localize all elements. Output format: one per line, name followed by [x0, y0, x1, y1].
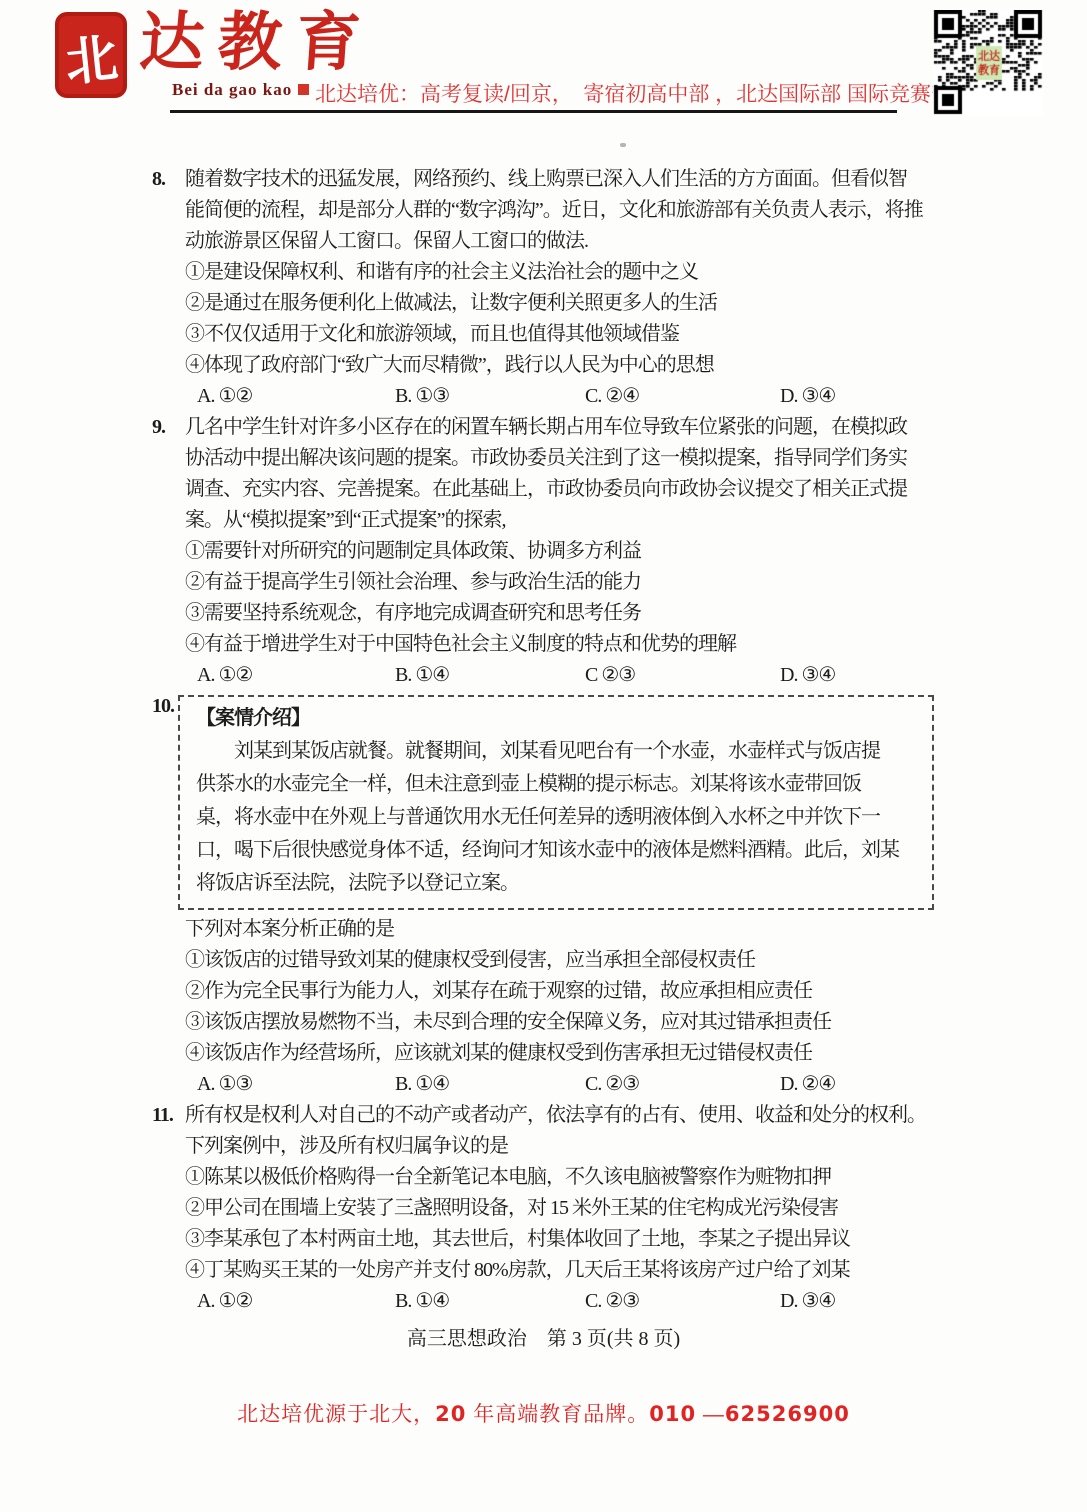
case-intro-line: 刘某到某饭店就餐。就餐期间，刘某看见吧台有一个水壶，水壶样式与饭店提: [196, 735, 916, 768]
choice-A: A. ①③: [197, 1069, 395, 1100]
stem-line: 所有权是权利人对自己的不动产或者动产，依法享有的占有、使用、收益和处分的权利。: [185, 1100, 952, 1131]
logo-seal-icon: 北: [55, 12, 127, 98]
item-line: ①是建设保障权利、和谐有序的社会主义法治社会的题中之义: [185, 257, 952, 288]
item-line: ②有益于提高学生引领社会治理、参与政治生活的能力: [185, 567, 952, 598]
question-10: 10.【案情介绍】 刘某到某饭店就餐。就餐期间，刘某看见吧台有一个水壶，水壶样式…: [152, 691, 952, 1100]
promo-segment: —: [696, 1403, 725, 1426]
question-body: 所有权是权利人对自己的不动产或者动产，依法享有的占有、使用、收益和处分的权利。下…: [185, 1100, 952, 1317]
choice-A: A. ①②: [197, 381, 395, 412]
item-line: ③李某承包了本村两亩土地，其去世后，村集体收回了土地，李某之子提出异议: [185, 1224, 952, 1255]
choice-D: D. ③④: [780, 381, 952, 412]
question-11: 11.所有权是权利人对自己的不动产或者动产，依法享有的占有、使用、收益和处分的权…: [152, 1100, 952, 1317]
question-8: 8.随着数字技术的迅猛发展，网络预约、线上购票已深入人们生活的方方面面。但看似智…: [152, 164, 952, 412]
choice-D: D. ②④: [780, 1069, 952, 1100]
item-line: ④体现了政府部门“致广大而尽精微”，践行以人民为中心的思想: [185, 350, 952, 381]
choice-B: B. ①③: [395, 381, 585, 412]
promo-footer: 北达培优源于北大，20 年高端教育品牌。010 —62526900: [0, 1398, 1087, 1428]
stem-line: 动旅游景区保留人工窗口。保留人工窗口的做法.: [185, 226, 952, 257]
choice-B: B. ①④: [395, 1286, 585, 1317]
item-line: ④该饭店作为经营场所，应该就刘某的健康权受到伤害承担无过错侵权责任: [185, 1038, 952, 1069]
item-line: ③该饭店摆放易燃物不当，未尽到合理的安全保障义务，应对其过错承担责任: [185, 1007, 952, 1038]
logo-seal-character: 北: [61, 15, 121, 95]
case-intro-line: 供茶水的水壶完全一样，但未注意到壶上模糊的提示标志。刘某将该水壶带回饭: [196, 768, 916, 801]
item-line: ③不仅仅适用于文化和旅游领域，而且也值得其他领域借鉴: [185, 319, 952, 350]
choice-A: A. ①②: [197, 1286, 395, 1317]
case-intro-line: 将饭店诉至法院，法院予以登记立案。: [196, 867, 916, 900]
choice-D: D. ③④: [780, 660, 952, 691]
choice-C: C. ②③: [585, 1286, 780, 1317]
page-footer: 高三思想政治 第 3 页(共 8 页): [0, 1322, 1087, 1351]
choices-row: A. ①③B. ①④C. ②③D. ②④: [185, 1069, 952, 1100]
promo-segment: 62526900: [725, 1402, 850, 1426]
stem-line: 随着数字技术的迅猛发展，网络预约、线上购票已深入人们生活的方方面面。但看似智: [185, 164, 952, 195]
scan-artifact-dot: [620, 143, 626, 147]
question-number: 9.: [152, 412, 185, 443]
promo-segment: 20: [435, 1402, 466, 1426]
choices-row: A. ①②B. ①④C ②③D. ③④: [185, 660, 952, 691]
brand-subtitle: Bei da gao kao: [172, 80, 309, 100]
stem-line: 几名中学生针对许多小区存在的闲置车辆长期占用车位导致车位紧张的问题，在模拟政: [185, 412, 952, 443]
header-tagline: 北达培优：高考复读/回京， 寄宿初高中部 ，北达国际部 国际竞赛部: [315, 78, 900, 108]
choices-row: A. ①②B. ①③C. ②④D. ③④: [185, 381, 952, 412]
stem-line: 案。从“模拟提案”到“正式提案”的探索,: [185, 505, 952, 536]
stem-line: 能简便的流程，却是部分人群的“数字鸿沟”。近日，文化和旅游部有关负责人表示，将推: [185, 195, 952, 226]
questions-area: 8.随着数字技术的迅猛发展，网络预约、线上购票已深入人们生活的方方面面。但看似智…: [152, 164, 952, 1317]
item-line: ④有益于增进学生对于中国特色社会主义制度的特点和优势的理解: [185, 629, 952, 660]
item-line: ②甲公司在围墙上安装了三盏照明设备，对 15 米外王某的住宅构成光污染侵害: [185, 1193, 952, 1224]
qr-code: [933, 10, 1043, 116]
item-line: ①该饭店的过错导致刘某的健康权受到侵害，应当承担全部侵权责任: [185, 945, 952, 976]
choice-D: D. ③④: [780, 1286, 952, 1317]
question-9: 9.几名中学生针对许多小区存在的闲置车辆长期占用车位导致车位紧张的问题，在模拟政…: [152, 412, 952, 691]
brand-square-icon: [298, 84, 309, 95]
question-number: 11.: [152, 1100, 185, 1131]
choice-B: B. ①④: [395, 1069, 585, 1100]
promo-segment: 010: [649, 1402, 696, 1426]
question-number: 8.: [152, 164, 185, 195]
choice-C: C. ②④: [585, 381, 780, 412]
question-body: 几名中学生针对许多小区存在的闲置车辆长期占用车位导致车位紧张的问题，在模拟政协活…: [185, 412, 952, 691]
case-intro-box: 【案情介绍】 刘某到某饭店就餐。就餐期间，刘某看见吧台有一个水壶，水壶样式与饭店…: [178, 695, 934, 910]
item-line: ①需要针对所研究的问题制定具体政策、协调多方利益: [185, 536, 952, 567]
choice-C: C. ②③: [585, 1069, 780, 1100]
stem-line: 协活动中提出解决该问题的提案。市政协委员关注到了这一模拟提案，指导同学们务实: [185, 443, 952, 474]
choice-A: A. ①②: [197, 660, 395, 691]
promo-segment: 年高端教育品牌。: [466, 1403, 649, 1426]
brand-title: 达教育: [138, 8, 377, 78]
stem-line: 调查、充实内容、完善提案。在此基础上，市政协委员向市政协会议提交了相关正式提: [185, 474, 952, 505]
item-line: ③需要坚持系统观念，有序地完成调查研究和思考任务: [185, 598, 952, 629]
case-intro-line: 桌，将水壶中在外观上与普通饮用水无任何差异的透明液体倒入水杯之中并饮下一: [196, 801, 916, 834]
question-body: 【案情介绍】 刘某到某饭店就餐。就餐期间，刘某看见吧台有一个水壶，水壶样式与饭店…: [185, 691, 952, 1100]
item-line: ①陈某以极低价格购得一台全新笔记本电脑，不久该电脑被警察作为赃物扣押: [185, 1162, 952, 1193]
item-line: ②是通过在服务便利化上做减法，让数字便利关照更多人的生活: [185, 288, 952, 319]
item-line: ②作为完全民事行为能力人，刘某存在疏于观察的过错，故应承担相应责任: [185, 976, 952, 1007]
stem-line: 下列对本案分析正确的是: [185, 914, 952, 945]
question-body: 随着数字技术的迅猛发展，网络预约、线上购票已深入人们生活的方方面面。但看似智能简…: [185, 164, 952, 412]
qr-code-canvas: [933, 10, 1043, 116]
header-rule: [170, 110, 897, 113]
stem-line: 下列案例中，涉及所有权归属争议的是: [185, 1131, 952, 1162]
case-intro-line: 口，喝下后很快感觉身体不适，经询问才知该水壶中的液体是燃料酒精。此后，刘某: [196, 834, 916, 867]
brand-subtitle-text: Bei da gao kao: [172, 80, 292, 99]
choice-C: C ②③: [585, 660, 780, 691]
choice-B: B. ①④: [395, 660, 585, 691]
item-line: ④丁某购买王某的一处房产并支付 80%房款，几天后王某将该房产过户给了刘某: [185, 1255, 952, 1286]
case-intro-title: 【案情介绍】: [196, 701, 916, 735]
choices-row: A. ①②B. ①④C. ②③D. ③④: [185, 1286, 952, 1317]
promo-segment: 北达培优源于北大，: [237, 1403, 435, 1426]
exam-page: 北 达教育 Bei da gao kao 北达培优：高考复读/回京， 寄宿初高中…: [0, 0, 1087, 1512]
